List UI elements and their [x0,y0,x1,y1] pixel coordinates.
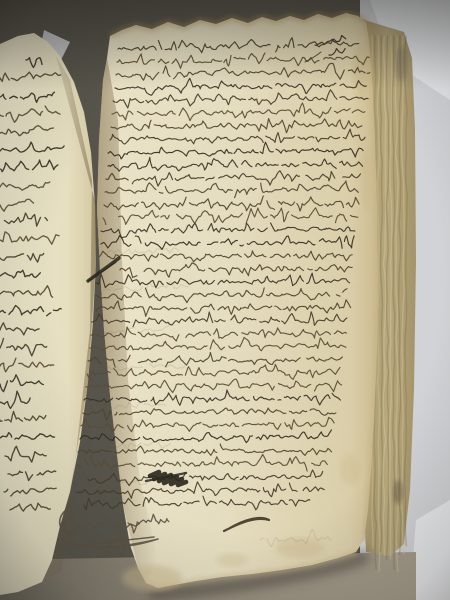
manuscript-photo [0,0,450,600]
vignette [0,0,450,600]
page-scene [0,0,450,600]
